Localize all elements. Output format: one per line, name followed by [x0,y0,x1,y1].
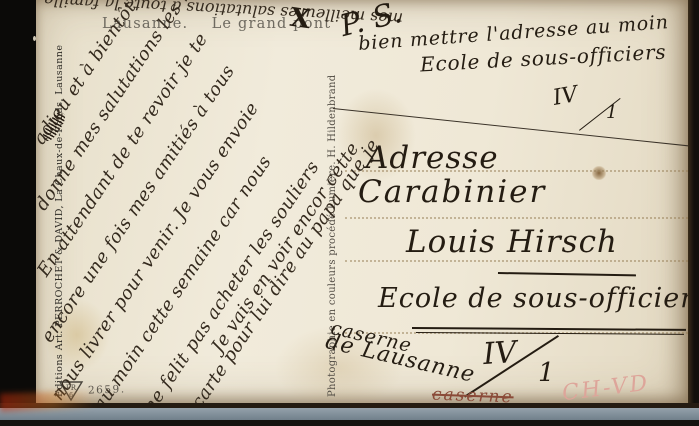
scan-color-artifact [0,390,95,411]
unit-number-top: 1 [606,102,617,123]
address-dotted-line [345,260,688,262]
caserne-struck-out: caserne [432,385,514,403]
dust-speck [33,36,36,41]
unit-number-bottom: 1 [538,358,555,388]
scan-dark-band [0,420,699,426]
address-name: Louis Hirsch [406,224,618,260]
address-school: Ecole de sous-officiers [378,283,688,314]
address-dotted-line [345,217,688,219]
school-underline [412,327,686,331]
name-underline [498,272,636,276]
foxing-spot [592,166,606,180]
scan-background-strip [0,408,699,420]
card-right-edge [688,0,699,403]
unit-roman-top: IV [551,82,580,111]
address-label: Adresse [366,140,499,176]
address-rank: Carabinier [358,174,546,210]
postcard: Lausanne. Le grand pont Editions Art. PE… [36,0,688,403]
ink-x-mark: X [288,3,312,36]
scanned-postcard-back: Lausanne. Le grand pont Editions Art. PE… [0,0,699,426]
